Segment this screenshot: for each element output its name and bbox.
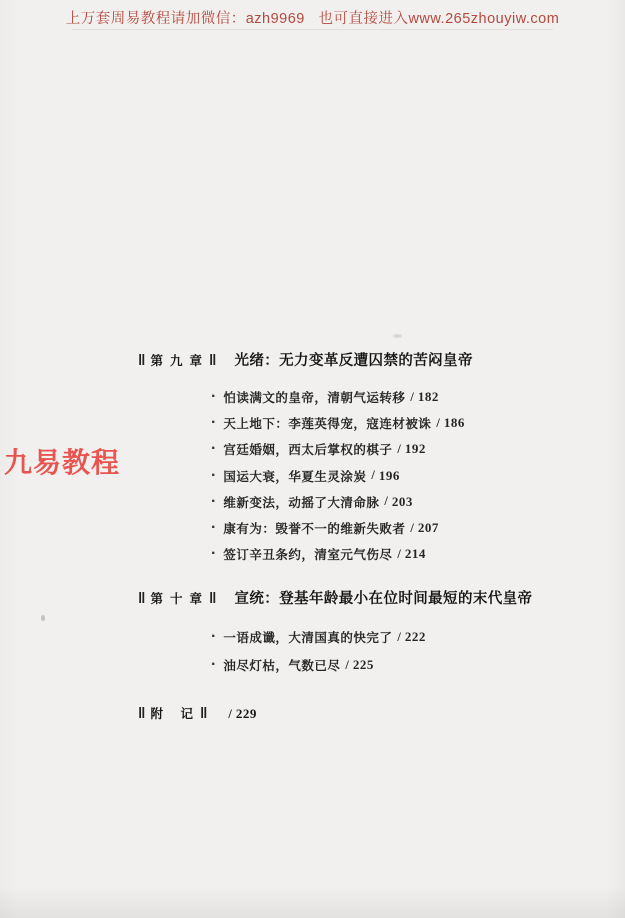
page-separator: /: [228, 707, 231, 721]
page-separator: /: [397, 547, 400, 562]
toc-item-title: 天上地下：李莲英得宠，寇连材被诛: [223, 414, 431, 432]
chapter-9-items: · 怕读满文的皇帝，清朝气运转移 / 182 · 天上地下：李莲英得宠，寇连材被…: [211, 384, 465, 567]
page-number: 196: [379, 468, 400, 484]
double-bar-mark: ‖: [200, 705, 207, 722]
chapter-title: 宣统：登基年龄最小在位时间最短的末代皇帝: [234, 587, 532, 608]
bullet-icon: ·: [211, 415, 216, 431]
page-separator: /: [345, 658, 348, 673]
toc-item-title: 维新变法，动摇了大清命脉: [223, 493, 379, 511]
toc-item-title: 怕读满文的皇帝，清朝气运转移: [223, 388, 405, 406]
toc-item: · 油尽灯枯，气数已尽 / 225: [211, 651, 426, 679]
toc-item: · 天上地下：李莲英得宠，寇连材被诛 / 186: [211, 410, 465, 436]
toc-item-title: 签订辛丑条约，清室元气伤尽: [223, 545, 392, 563]
appendix-label: 附 记: [150, 704, 199, 722]
appendix-heading: ‖ 附 记 ‖ /229: [138, 704, 257, 722]
promo-header-text: 上万套周易教程请加微信：azh9969 也可直接进入www.265zhouyiw…: [0, 7, 625, 28]
chapter-9-heading: ‖ 第九章 ‖ 光绪：无力变革反遭囚禁的苦闷皇帝: [138, 349, 473, 370]
bullet-icon: ·: [211, 546, 216, 562]
chapter-label: 第九章: [150, 351, 209, 369]
toc-item: · 一语成谶，大清国真的快完了 / 222: [211, 623, 426, 651]
page-number: 229: [236, 706, 257, 721]
page-separator: /: [371, 468, 374, 483]
watermark-text: 九易教程: [4, 441, 120, 481]
bullet-icon: ·: [211, 441, 216, 457]
scanned-book-page: 上万套周易教程请加微信：azh9969 也可直接进入www.265zhouyiw…: [0, 0, 625, 918]
chapter-label: 第十章: [150, 589, 209, 607]
page-separator: /: [384, 494, 387, 509]
page-separator: /: [410, 390, 413, 405]
double-bar-mark: ‖: [209, 352, 216, 369]
toc-item-title: 一语成谶，大清国真的快完了: [223, 628, 392, 646]
page-separator: /: [410, 521, 413, 536]
scan-speck: [41, 615, 45, 621]
page-number: 186: [444, 415, 465, 431]
toc-item-title: 宫廷婚姻，西太后掌权的棋子: [223, 440, 392, 458]
toc-item: · 签订辛丑条约，清室元气伤尽 / 214: [211, 541, 465, 567]
page-number: 225: [353, 657, 374, 673]
header-rule: [72, 29, 553, 30]
bullet-icon: ·: [211, 520, 216, 536]
page-number: 203: [392, 494, 413, 510]
toc-item-title: 康有为：毁誉不一的维新失败者: [223, 519, 405, 537]
scan-speck: [393, 334, 402, 338]
double-bar-mark: ‖: [138, 352, 145, 369]
page-separator: /: [397, 442, 400, 457]
page-separator: /: [436, 416, 439, 431]
chapter-10-heading: ‖ 第十章 ‖ 宣统：登基年龄最小在位时间最短的末代皇帝: [138, 587, 532, 608]
double-bar-mark: ‖: [209, 590, 216, 607]
page-number: 222: [405, 629, 426, 645]
page-number: 192: [405, 441, 426, 457]
bullet-icon: ·: [211, 494, 216, 510]
double-bar-mark: ‖: [138, 590, 145, 607]
page-number: 207: [418, 520, 439, 536]
page-number: 214: [405, 546, 426, 562]
appendix-page-ref: /229: [223, 706, 256, 722]
chapter-10-items: · 一语成谶，大清国真的快完了 / 222 · 油尽灯枯，气数已尽 / 225: [211, 623, 426, 679]
toc-item-title: 国运大衰，华夏生灵涂炭: [223, 467, 366, 485]
toc-item-title: 油尽灯枯，气数已尽: [223, 656, 340, 674]
bullet-icon: ·: [211, 657, 216, 673]
chapter-title: 光绪：无力变革反遭囚禁的苦闷皇帝: [234, 349, 472, 370]
toc-item: · 国运大衰，华夏生灵涂炭 / 196: [211, 463, 465, 489]
page-number: 182: [418, 389, 439, 405]
toc-item: · 康有为：毁誉不一的维新失败者 / 207: [211, 515, 465, 541]
toc-item: · 怕读满文的皇帝，清朝气运转移 / 182: [211, 384, 465, 410]
page-separator: /: [397, 630, 400, 645]
bullet-icon: ·: [211, 389, 216, 405]
double-bar-mark: ‖: [138, 705, 145, 722]
toc-item: · 宫廷婚姻，西太后掌权的棋子 / 192: [211, 436, 465, 462]
bullet-icon: ·: [211, 629, 216, 645]
bullet-icon: ·: [211, 468, 216, 484]
toc-item: · 维新变法，动摇了大清命脉 / 203: [211, 489, 465, 515]
